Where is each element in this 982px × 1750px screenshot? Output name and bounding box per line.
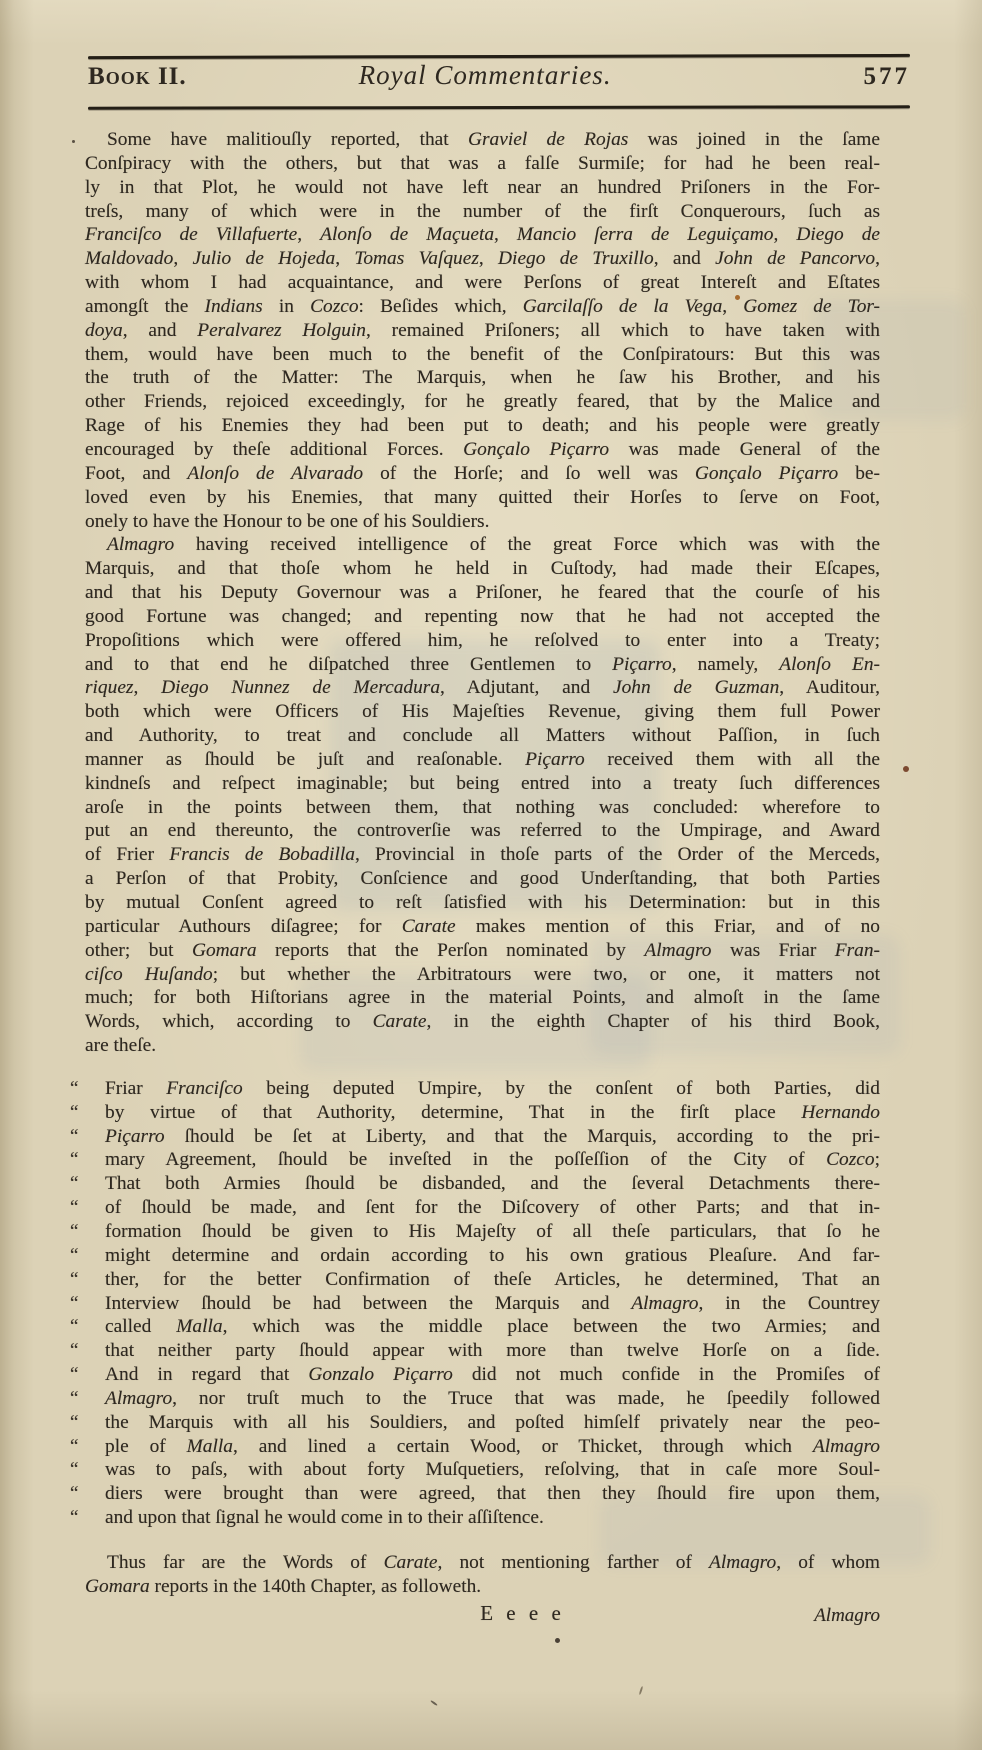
text-line: “And in regard that Gonzalo Piçarro did … [85, 1363, 880, 1387]
text-line: Words, which, according to Carate, in th… [85, 1010, 880, 1034]
text-line: onely to have the Honour to be one of hi… [85, 510, 880, 534]
text-line: and Authority, to treat and conclude all… [85, 724, 880, 748]
text-line: Some have malitiouſly reported, that Gra… [85, 128, 880, 152]
text-line: Gomara reports in the 140th Chapter, as … [85, 1575, 880, 1599]
quote-mark: “ [70, 1315, 78, 1339]
text-line: encouraged by theſe additional Forces. G… [85, 438, 880, 462]
catchword: Almagro [814, 1604, 880, 1628]
footer-row: E e e e Almagro [85, 1602, 880, 1628]
running-header: Book II. Royal Commentaries. 577 [88, 60, 910, 104]
text-line: are theſe. [85, 1034, 880, 1058]
text-line: “the Marquis with all his Souldiers, and… [85, 1411, 880, 1435]
para-closing: Thus far are the Words of Carate, not me… [85, 1551, 880, 1599]
text-line: “that neither party ſhould appear with m… [85, 1339, 880, 1363]
text-line: doya, and Peralvarez Holguin, remained P… [85, 319, 880, 343]
text-line: particular Authours diſagree; for Carate… [85, 915, 880, 939]
text-line: put an end thereunto, the controverſie w… [85, 819, 880, 843]
text-line: other Friends, rejoiced exceedingly, for… [85, 390, 880, 414]
text-line: of Frier Francis de Bobadilla, Provincia… [85, 843, 880, 867]
page-title: Royal Commentaries. [147, 60, 824, 91]
quote-mark: “ [70, 1506, 78, 1530]
para-1: Some have malitiouſly reported, that Gra… [85, 128, 880, 533]
gathering-signature: E e e e [125, 1602, 920, 1626]
text-line: Rage of his Enemies they had been put to… [85, 414, 880, 438]
text-block: Some have malitiouſly reported, that Gra… [85, 128, 880, 1628]
quote-mark: “ [70, 1363, 78, 1387]
quote-mark: “ [70, 1220, 78, 1244]
paper-speck [430, 1700, 438, 1706]
text-line: Foot, and Alonſo de Alvarado of the Horſ… [85, 462, 880, 486]
text-line: “Interview ſhould be had between the Mar… [85, 1292, 880, 1316]
text-line: “of ſhould be made, and ſent for the Diſ… [85, 1196, 880, 1220]
text-line: and that his Deputy Governour was a Priſ… [85, 581, 880, 605]
text-line: “was to paſs, with about forty Muſquetie… [85, 1458, 880, 1482]
text-line: and to that end he diſpatched three Gent… [85, 653, 880, 677]
text-line: a Perſon of that Probity, Conſcience and… [85, 867, 880, 891]
paper-speck [639, 1686, 644, 1695]
text-line: Franciſco de Villafuerte, Alonſo de Maçu… [85, 223, 880, 247]
text-line: “formation ſhould be given to His Majeſt… [85, 1220, 880, 1244]
text-line: ciſco Huſando; but whether the Arbitrato… [85, 963, 880, 987]
text-line: ly in that Plot, he would not have left … [85, 176, 880, 200]
text-line: amongſt the Indians in Cozco: Beſides wh… [85, 295, 880, 319]
text-line: Maldovado, Julio de Hojeda, Tomas Vaſque… [85, 247, 880, 271]
quote-mark: “ [70, 1292, 78, 1316]
text-line: loved even by his Enemies, that many qui… [85, 486, 880, 510]
text-line: “called Malla, which was the middle plac… [85, 1315, 880, 1339]
quote-mark: “ [70, 1125, 78, 1149]
text-line: “mary Agreement, ſhould be inveſted in t… [85, 1148, 880, 1172]
text-line: “Almagro, nor truſt much to the Truce th… [85, 1387, 880, 1411]
text-line: with whom I had acquaintance, and were P… [85, 271, 880, 295]
quote-mark: “ [70, 1458, 78, 1482]
paper-speck [72, 140, 75, 143]
quote-mark: “ [70, 1411, 78, 1435]
text-line: aroſe in the points between them, that n… [85, 796, 880, 820]
quote-mark: “ [70, 1387, 78, 1411]
text-line: kindneſs and reſpect imaginable; but bei… [85, 772, 880, 796]
header-bottom-rule [88, 105, 910, 109]
text-line: much; for both Hiſtorians agree in the m… [85, 986, 880, 1010]
text-line: both which were Officers of His Majeſtie… [85, 700, 880, 724]
paper-speck [555, 1638, 560, 1643]
quote-mark: “ [70, 1196, 78, 1220]
quote-mark: “ [70, 1077, 78, 1101]
quote-mark: “ [70, 1268, 78, 1292]
text-line: Propoſitions which were offered him, he … [85, 629, 880, 653]
text-line: “Piçarro ſhould be ſet at Liberty, and t… [85, 1125, 880, 1149]
text-line: manner as ſhould be juſt and reaſonable.… [85, 748, 880, 772]
quote-mark: “ [70, 1482, 78, 1506]
quote-block: “Friar Franciſco being deputed Umpire, b… [85, 1077, 880, 1530]
quote-mark: “ [70, 1244, 78, 1268]
text-line: Marquis, and that thoſe whom he held in … [85, 557, 880, 581]
text-line: Almagro having received intelligence of … [85, 533, 880, 557]
text-line: riquez, Diego Nunnez de Mercadura, Adjut… [85, 676, 880, 700]
page-number: 577 [864, 63, 911, 91]
text-line: “and upon that ſignal he would come in t… [85, 1506, 880, 1530]
text-line: good Fortune was changed; and repenting … [85, 605, 880, 629]
text-line: “ther, for the better Confirmation of th… [85, 1268, 880, 1292]
text-line: “by virtue of that Authority, determine,… [85, 1101, 880, 1125]
text-line: other; but Gomara reports that the Perſo… [85, 939, 880, 963]
text-line: “Friar Franciſco being deputed Umpire, b… [85, 1077, 880, 1101]
text-line: Conſpiracy with the others, but that was… [85, 152, 880, 176]
quote-mark: “ [70, 1148, 78, 1172]
text-line: “ple of Malla, and lined a certain Wood,… [85, 1435, 880, 1459]
para-2: Almagro having received intelligence of … [85, 533, 880, 1058]
quote-mark: “ [70, 1435, 78, 1459]
text-line: the truth of the Matter: The Marquis, wh… [85, 366, 880, 390]
quote-mark: “ [70, 1101, 78, 1125]
text-line: “might determine and ordain according to… [85, 1244, 880, 1268]
text-line: Thus far are the Words of Carate, not me… [85, 1551, 880, 1575]
quote-mark: “ [70, 1339, 78, 1363]
book-page: Book II. Royal Commentaries. 577 Some ha… [0, 0, 982, 1750]
quote-mark: “ [70, 1172, 78, 1196]
paper-speck [903, 766, 909, 772]
text-line: “diers were brought than were agreed, th… [85, 1482, 880, 1506]
text-line: them, would have been much to the benefi… [85, 343, 880, 367]
header-top-rule [88, 54, 910, 59]
text-line: by mutual Conſent agreed to reſt ſatisfi… [85, 891, 880, 915]
text-line: “That both Armies ſhould be disbanded, a… [85, 1172, 880, 1196]
text-line: treſs, many of which were in the number … [85, 200, 880, 224]
